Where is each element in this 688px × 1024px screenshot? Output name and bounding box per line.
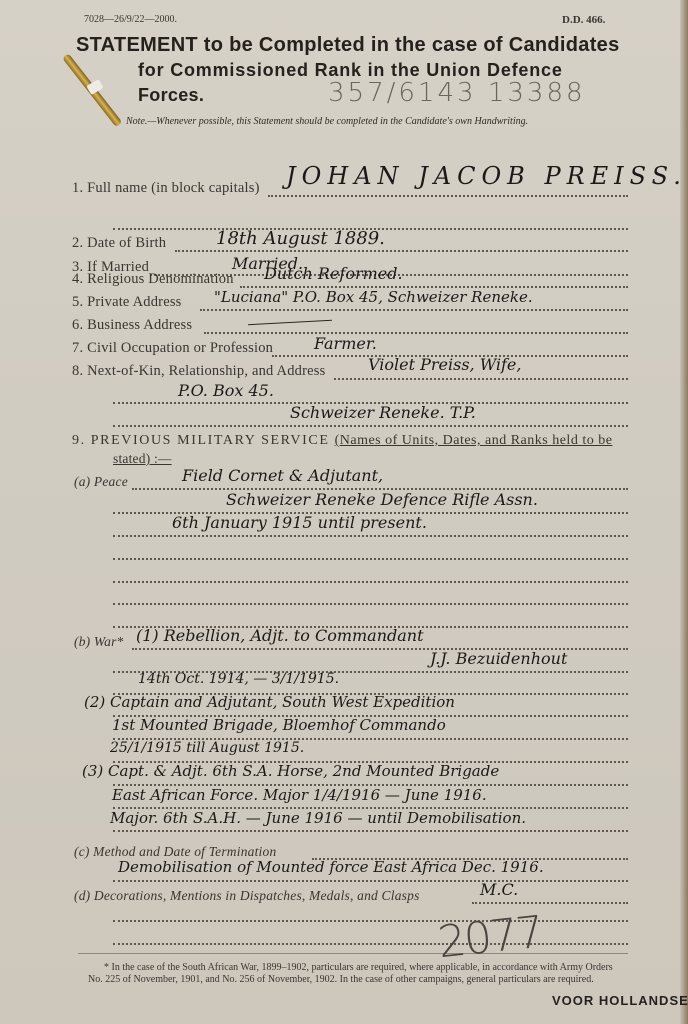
form-title-line1: STATEMENT to be Completed in the case of…: [76, 34, 620, 57]
field-label-decorations: (d) Decorations, Mentions in Dispatches,…: [74, 888, 420, 904]
dotted-line: [113, 830, 628, 832]
footnote-divider: [78, 953, 628, 954]
war-line-4: (2) Captain and Adjutant, South West Exp…: [84, 693, 455, 711]
field-value-termination: Demobilisation of Mounted force East Afr…: [118, 858, 544, 876]
field-value-next-of-kin-cont1: P.O. Box 45.: [178, 381, 274, 400]
dotted-line: [472, 902, 628, 904]
field-label-date-of-birth: 2. Date of Birth: [72, 235, 166, 252]
field-value-private-address: "Luciana" P.O. Box 45, Schweizer Reneke.: [214, 288, 533, 306]
section-heading-cont: stated) :—: [113, 451, 172, 467]
field-value-date-of-birth: 18th August 1889.: [216, 228, 385, 249]
handwritten-mark: 2077: [436, 907, 545, 969]
dotted-line: [113, 535, 628, 537]
field-value-next-of-kin-cont2: Schweizer Reneke. T.P.: [290, 403, 476, 422]
reference-numbers: 357/6143 13388: [328, 78, 586, 108]
print-code: 7028—26/9/22—2000.: [84, 14, 177, 25]
field-label-full-name: 1. Full name (in block capitals): [72, 180, 260, 197]
field-value-full-name: JOHAN JACOB PREISS.: [286, 162, 687, 190]
form-number: D.D. 466.: [562, 14, 605, 26]
page-edge: [680, 0, 688, 1024]
dotted-line: [113, 943, 628, 945]
peace-line-2: Schweizer Reneke Defence Rifle Assn.: [226, 490, 538, 509]
dotted-line: [113, 920, 628, 922]
dotted-line: [113, 581, 628, 583]
war-line-6: 25/1/1915 till August 1915.: [110, 740, 304, 756]
war-line-9: Major. 6th S.A.H. — June 1916 — until De…: [110, 809, 526, 827]
peace-line-1: Field Cornet & Adjutant,: [182, 466, 383, 485]
section-heading-military-service: 9. PREVIOUS MILITARY SERVICE (Names of U…: [72, 433, 612, 449]
war-line-5: 1st Mounted Brigade, Bloemhof Commando: [112, 716, 446, 734]
dotted-line: [113, 558, 628, 560]
field-label-business-address: 6. Business Address: [72, 317, 192, 334]
war-line-2: J.J. Bezuidenhout: [430, 649, 567, 668]
field-label-civil-occupation: 7. Civil Occupation or Profession: [72, 340, 273, 357]
dotted-line: [268, 195, 628, 197]
dotted-line: [113, 425, 628, 427]
form-title-line3: Forces.: [138, 85, 204, 106]
war-line-3: 14th Oct. 1914, — 3/1/1915.: [138, 671, 339, 687]
dotted-line: [200, 309, 628, 311]
footnote-line-2: No. 225 of November, 1901, and No. 256 o…: [88, 974, 594, 985]
field-label-war: (b) War*: [74, 634, 123, 650]
dotted-line: [334, 378, 628, 380]
dotted-line: [113, 880, 628, 882]
field-label-peace: (a) Peace: [74, 474, 128, 490]
next-page-banner: VOOR HOLLANDSE LE: [552, 993, 688, 1008]
field-value-religious-denomination: Dutch Reformed.: [264, 264, 403, 283]
field-label-religious-denomination: 4. Religious Denomination: [72, 271, 234, 288]
field-label-private-address: 5. Private Address: [72, 294, 182, 311]
footnote-line-1: * In the case of the South African War, …: [104, 962, 613, 973]
handwriting-note: Note.—Whenever possible, this Statement …: [126, 116, 528, 127]
dotted-line: [204, 332, 628, 334]
war-line-8: East African Force. Major 1/4/1916 — Jun…: [112, 786, 487, 804]
dotted-line: [113, 603, 628, 605]
heading-text: 9. PREVIOUS MILITARY SERVICE: [72, 433, 335, 448]
war-line-1: (1) Rebellion, Adjt. to Commandant: [136, 626, 424, 645]
peace-line-3: 6th January 1915 until present.: [172, 513, 427, 532]
heading-underlined-text: (Names of Units, Dates, and Ranks held t…: [335, 433, 613, 448]
war-line-7: (3) Capt. & Adjt. 6th S.A. Horse, 2nd Mo…: [82, 762, 499, 780]
field-value-decorations: M.C.: [480, 880, 518, 899]
dotted-line: [175, 250, 628, 252]
field-value-next-of-kin: Violet Preiss, Wife,: [368, 355, 521, 374]
field-label-next-of-kin: 8. Next-of-Kin, Relationship, and Addres…: [72, 363, 325, 380]
field-value-civil-occupation: Farmer.: [314, 334, 377, 353]
